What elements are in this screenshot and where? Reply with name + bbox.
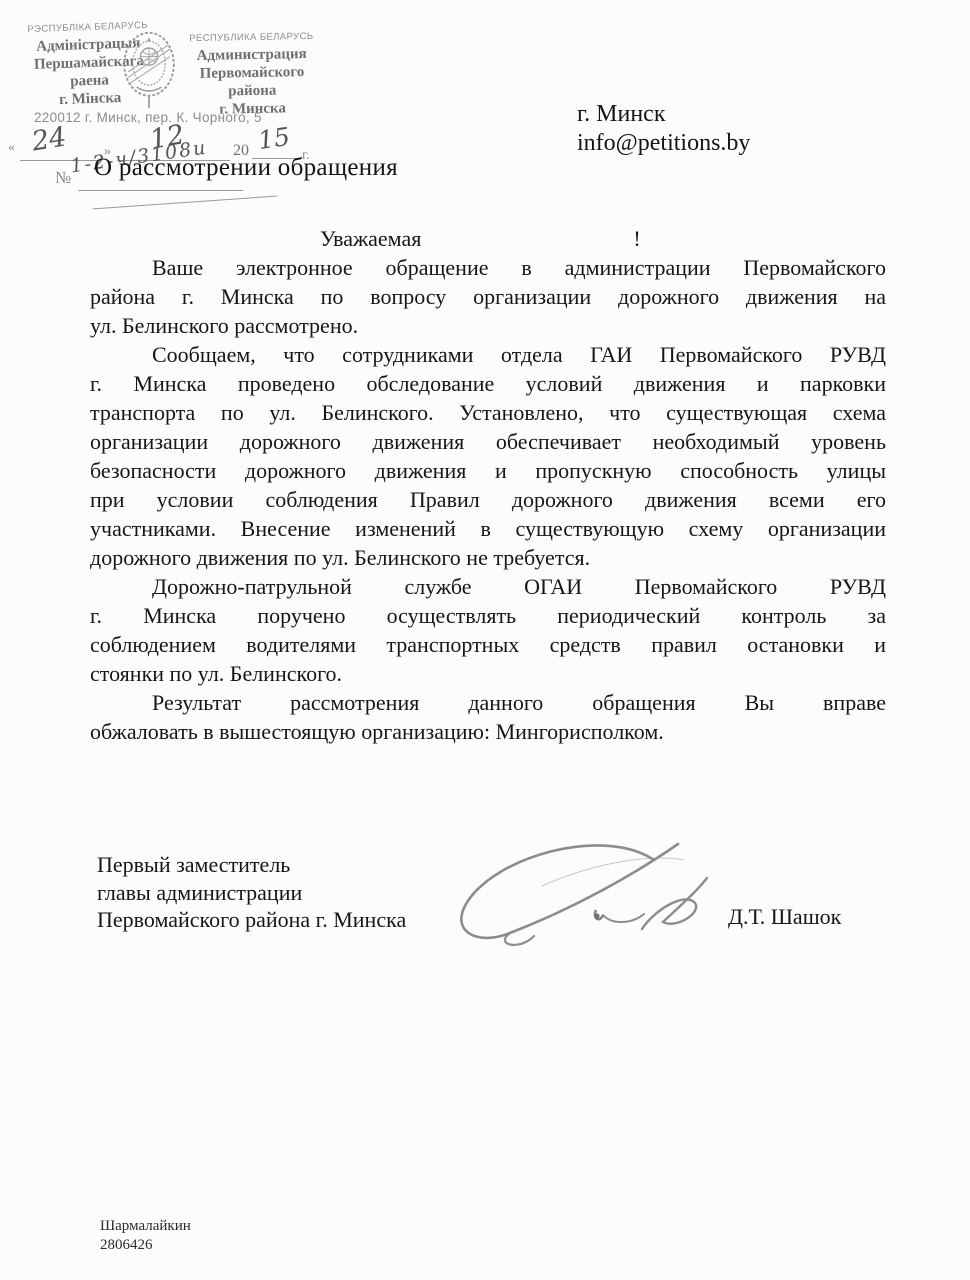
handwritten-signature bbox=[446, 830, 708, 962]
para1-line3: ул. Белинского рассмотрено. bbox=[90, 311, 886, 340]
para1-line1: Ваше электронное обращение в администрац… bbox=[90, 253, 886, 282]
para1-line2: района г. Минска по вопросу организации … bbox=[90, 282, 886, 311]
para2-line4: организации дорожного движения обеспечив… bbox=[90, 427, 886, 456]
para2-line7: участниками. Внесение изменений в сущест… bbox=[90, 514, 886, 543]
para4-line2: обжаловать в вышестоящую организацию: Ми… bbox=[90, 717, 886, 746]
signer-title-3: Первомайского района г. Минска bbox=[97, 906, 406, 934]
coat-of-arms-belarus-icon bbox=[120, 28, 178, 110]
para3-line4: стоянки по ул. Белинского. bbox=[90, 659, 886, 688]
signer-name: Д.Т. Шашок bbox=[728, 904, 841, 930]
recipient-city: г. Минск bbox=[577, 100, 750, 129]
executor-block: Шармалайкин 2806426 bbox=[100, 1217, 191, 1255]
letter-body: Уважаемая! Ваше электронное обращение в … bbox=[90, 224, 886, 746]
letterhead-country-ru: РЕСПУБЛИКА БЕЛАРУСЬ bbox=[181, 31, 321, 44]
para2-line8: дорожного движения по ул. Белинского не … bbox=[90, 543, 886, 572]
letterhead-address: 220012 г. Минск, пер. К. Чорного, 5 bbox=[34, 110, 262, 125]
recipient-block: г. Минск info@petitions.by bbox=[577, 100, 750, 158]
para2-line3: транспорта по ул. Белинского. Установлен… bbox=[90, 398, 886, 427]
para2-line5: безопасности дорожного движения и пропус… bbox=[90, 456, 886, 485]
para2-line2: г. Минска проведено обследование условий… bbox=[90, 369, 886, 398]
para2-line1: Сообщаем, что сотрудниками отдела ГАИ Пе… bbox=[90, 340, 886, 369]
letterhead-russian: РЕСПУБЛИКА БЕЛАРУСЬ Администрация Первом… bbox=[181, 31, 322, 119]
signer-title-1: Первый заместитель bbox=[97, 851, 406, 879]
salutation-line: Уважаемая! bbox=[90, 224, 886, 253]
executor-name: Шармалайкин bbox=[100, 1217, 191, 1236]
salutation-word: Уважаемая bbox=[320, 226, 421, 251]
para4-line1: Результат рассмотрения данного обращения… bbox=[90, 688, 886, 717]
handwritten-year: 15 bbox=[256, 122, 292, 155]
recipient-email: info@petitions.by bbox=[577, 129, 750, 158]
handwritten-day: 24 bbox=[30, 122, 69, 158]
date-open-quote: « bbox=[8, 140, 15, 156]
para3-line1: Дорожно-патрульной службе ОГАИ Первомайс… bbox=[90, 572, 886, 601]
letterhead-org-ru-2: Первомайского bbox=[182, 63, 322, 83]
signer-title-2: главы администрации bbox=[97, 879, 406, 907]
para3-line3: соблюдением водителями транспортных сред… bbox=[90, 630, 886, 659]
signer-title-block: Первый заместитель главы администрации П… bbox=[97, 851, 406, 934]
executor-phone: 2806426 bbox=[100, 1236, 191, 1255]
para3-line2: г. Минска поручено осуществлять периодич… bbox=[90, 601, 886, 630]
para2-line6: при условии соблюдения Правил дорожного … bbox=[90, 485, 886, 514]
subject-line: О рассмотрении обращения bbox=[94, 154, 398, 182]
scanned-letter-page: РЭСПУБЛІКА БЕЛАРУСЬ Адміністрацыя Першам… bbox=[0, 0, 970, 1280]
number-sign: № bbox=[55, 168, 71, 188]
salutation-punct: ! bbox=[633, 226, 640, 251]
